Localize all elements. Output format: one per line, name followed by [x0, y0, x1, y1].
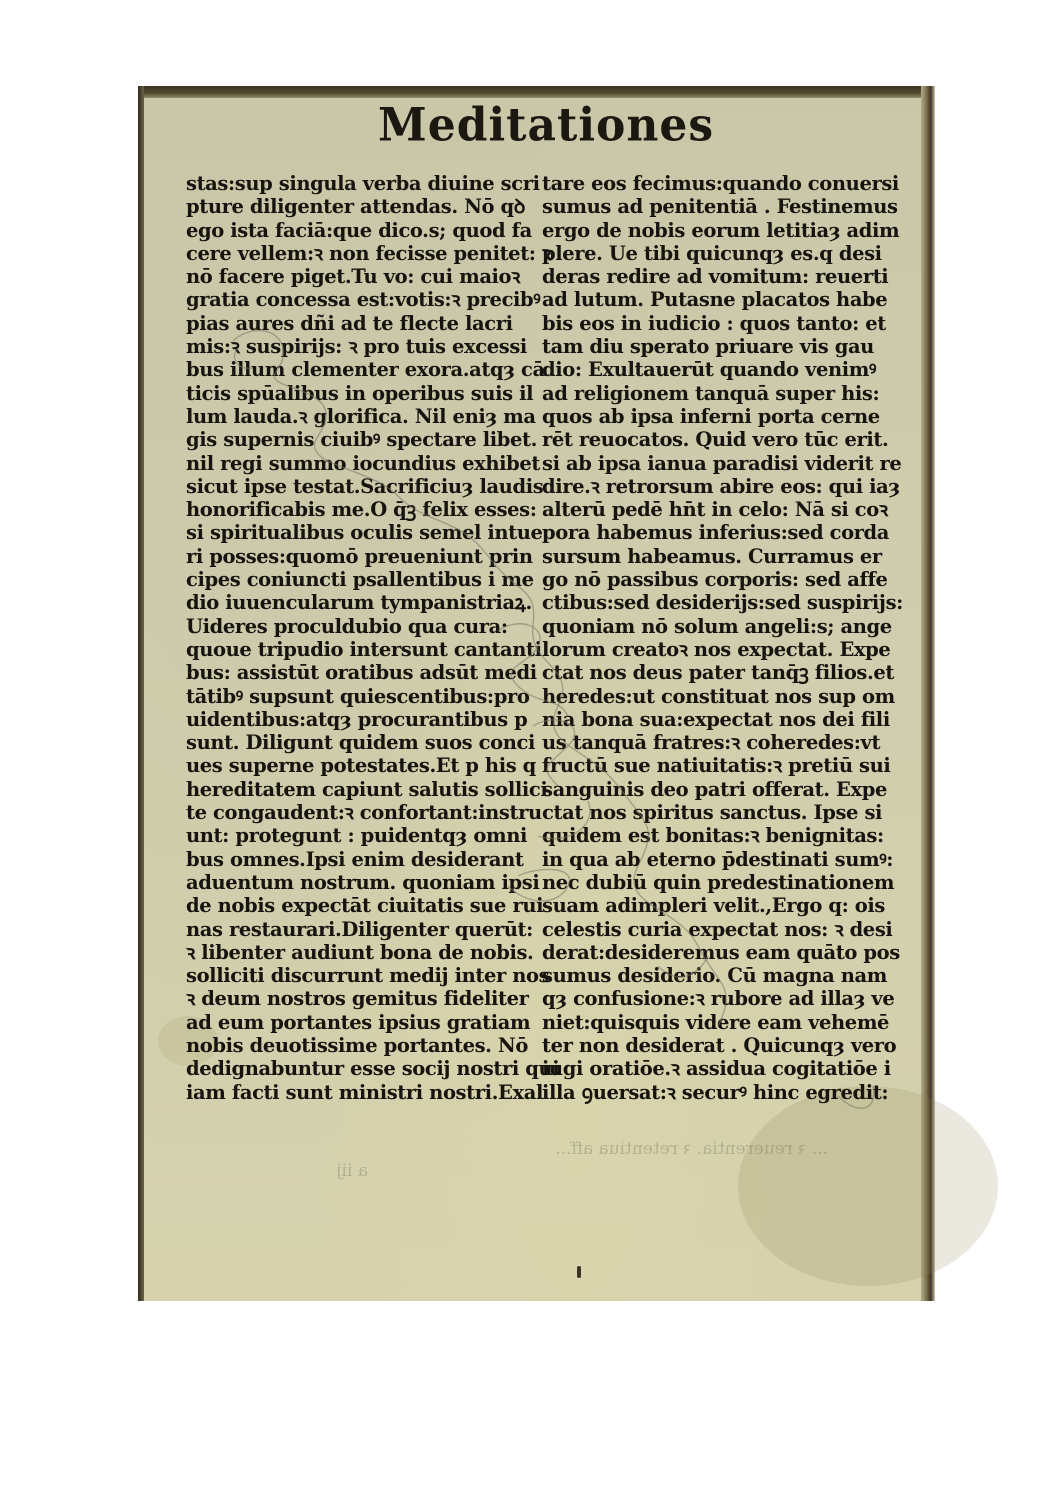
text-line: quos ab ipsa inferni porta cerne [542, 405, 887, 428]
text-line: nobis deuotissime portantes. Nō [186, 1034, 531, 1057]
text-line: quidem est bonitas:ꝛ benignitas: [542, 824, 887, 847]
text-line: bus omnes.Ipsi enim desiderant [186, 848, 531, 871]
text-line: bus: assistūt oratibus adsūt medi [186, 661, 531, 684]
paper-stain [738, 1086, 998, 1286]
text-line: go nō passibus corporis: sed affe [542, 568, 887, 591]
text-line: us tanquā fratres:ꝛ coheredes:vt [542, 731, 887, 754]
text-column-left: stas:sup singula verba diuine scripture … [186, 172, 531, 1104]
running-head-title: Meditationes [378, 99, 678, 153]
text-line: derat:desideremus eam quāto pos [542, 941, 887, 964]
text-line: lum lauda.ꝛ glorifica. Nil eniȝ ma [186, 405, 531, 428]
text-line: ad religionem tanquā super his: [542, 382, 887, 405]
text-line: tam diu sperato priuare vis gau [542, 335, 887, 358]
text-line: illa ꝯuersat:ꝛ securꝰ hinc egredit: [542, 1081, 887, 1104]
text-line: ues superne potestates.Et p his q [186, 754, 531, 777]
text-line: celestis curia expectat nos: ꝛ desi [542, 918, 887, 941]
text-line: dio iuuencularum tympanistriaꝝ. [186, 591, 531, 614]
text-line: cere vellem:ꝛ non fecisse penitet: ꝛ [186, 242, 531, 265]
text-line: alterū pedē hn̄t in celo: Nā si coꝛ [542, 498, 887, 521]
bleed-through-text: ... ꝛ reuerentia. ꝛ retentiua aff... a i… [268, 1138, 828, 1182]
text-line: suam adimpleri velit.,Ergo q: ois [542, 894, 887, 917]
text-line: niet:quisquis videre eam vehemē [542, 1011, 887, 1034]
text-line: lorum creatoꝛ nos expectat. Expe [542, 638, 887, 661]
text-line: ꝛ libenter audiunt bona de nobis. [186, 941, 531, 964]
text-line: tare eos fecimus:quando conuersi [542, 172, 887, 195]
text-line: honorificabis me.O q̄ꝫ felix esses: [186, 498, 531, 521]
text-line: ticis spūalibus in operibus suis il [186, 382, 531, 405]
text-line: unt: protegunt : puidentqȝ omni [186, 824, 531, 847]
text-line: sursum habeamus. Curramus er [542, 545, 887, 568]
text-line: tātibꝰ supsunt quiescentibus:pro [186, 685, 531, 708]
text-line: sanguinis deo patri offerat. Expe [542, 778, 887, 801]
text-line: uidentibus:atqȝ procurantibus p [186, 708, 531, 731]
ink-mark [577, 1266, 581, 1278]
text-line: sunt. Diligunt quidem suos conci [186, 731, 531, 754]
text-line: dedignabuntur esse socij nostri qui [186, 1057, 531, 1080]
text-line: nō facere piget.Tu vo: cui maioꝛ [186, 265, 531, 288]
text-line: cipes coniuncti psallentibus i me [186, 568, 531, 591]
text-line: pora habemus inferius:sed corda [542, 521, 887, 544]
text-line: ctibus:sed desiderijs:sed suspirijs: [542, 591, 887, 614]
text-line: nec dubiū quin predestinationem [542, 871, 887, 894]
text-line: sicut ipse testat.Sacrificiuȝ laudis [186, 475, 531, 498]
text-line: pias aures dñi ad te flecte lacri [186, 312, 531, 335]
text-line: ego ista faciā:que dico.s; quod fa [186, 219, 531, 242]
text-line: ctat nos spiritus sanctus. Ipse si [542, 801, 887, 824]
text-line: ꝛ deum nostros gemitus fideliter [186, 987, 531, 1010]
text-line: fructū sue natiuitatis:ꝛ pretiū sui [542, 754, 887, 777]
text-line: nia bona sua:expectat nos dei fili [542, 708, 887, 731]
text-line: pture diligenter attendas. Nō qꝺ [186, 195, 531, 218]
text-line: qȝ confusione:ꝛ rubore ad illaȝ ve [542, 987, 887, 1010]
text-line: sumus desiderio. Cū magna nam [542, 964, 887, 987]
page-top-edge [138, 86, 935, 98]
text-line: nas restaurari.Diligenter querūt: [186, 918, 531, 941]
text-line: stas:sup singula verba diuine scri [186, 172, 531, 195]
text-line: aduentum nostrum. quoniam ipsi [186, 871, 531, 894]
text-line: quoue tripudio intersunt cantanti [186, 638, 531, 661]
bleed-through-line: a iij [268, 1160, 828, 1182]
text-line: si spiritualibus oculis semel intue [186, 521, 531, 544]
text-column-right: tare eos fecimus:quando conuersisumus ad… [542, 172, 887, 1104]
text-line: plere. Ue tibi quicunqȝ es.q desi [542, 242, 887, 265]
text-line: bis eos in iudicio : quos tanto: et [542, 312, 887, 335]
text-line: iugi oratiōe.ꝛ assidua cogitatiōe i [542, 1057, 887, 1080]
text-line: gratia concessa est:votis:ꝛ precibꝰ [186, 288, 531, 311]
text-line: solliciti discurrunt medij inter nos [186, 964, 531, 987]
text-line: sumus ad penitentiā . Festinemus [542, 195, 887, 218]
text-line: ri posses:quomō preueniunt prin [186, 545, 531, 568]
text-line: bus illum clementer exora.atqȝ cā [186, 358, 531, 381]
bleed-through-line: ... ꝛ reuerentia. ꝛ retentiua aff... [268, 1138, 828, 1160]
text-line: dire.ꝛ retrorsum abire eos: qui iaȝ [542, 475, 887, 498]
text-line: ctat nos deus pater tanq̄ꝫ filios.et [542, 661, 887, 684]
text-line: rēt reuocatos. Quid vero tūc erit. [542, 428, 887, 451]
text-line: si ab ipsa ianua paradisi viderit re [542, 452, 887, 475]
text-line: de nobis expectāt ciuitatis sue rui [186, 894, 531, 917]
text-line: dio: Exultauerūt quando venimꝰ [542, 358, 887, 381]
text-line: heredes:ut constituat nos sup om [542, 685, 887, 708]
text-line: gis supernis ciuibꝰ spectare libet. [186, 428, 531, 451]
text-line: ad eum portantes ipsius gratiam [186, 1011, 531, 1034]
text-line: iam facti sunt ministri nostri.Exal [186, 1081, 531, 1104]
text-line: nil regi summo iocundius exhibet [186, 452, 531, 475]
text-line: te congaudent:ꝛ confortant:instru [186, 801, 531, 824]
text-line: hereditatem capiunt salutis sollici [186, 778, 531, 801]
text-line: quoniam nō solum angeli:s; ange [542, 615, 887, 638]
text-line: in qua ab eterno p̄destinati sumꝰ: [542, 848, 887, 871]
text-line: ad lutum. Putasne placatos habe [542, 288, 887, 311]
binding-gutter-edge [138, 86, 144, 1301]
text-line: deras redire ad vomitum: reuerti [542, 265, 887, 288]
text-line: ergo de nobis eorum letitiaȝ adim [542, 219, 887, 242]
text-line: mis:ꝛ suspirijs: ꝛ pro tuis excessi [186, 335, 531, 358]
text-line: ter non desiderat . Quicunqȝ vero [542, 1034, 887, 1057]
text-line: Uideres proculdubio qua cura: [186, 615, 531, 638]
book-page-scan: Meditationes stas:sup singula verba diui… [138, 86, 935, 1301]
